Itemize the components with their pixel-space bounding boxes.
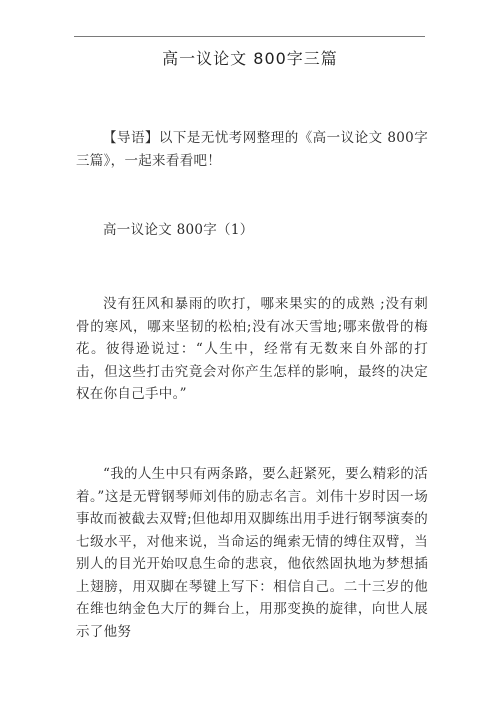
body-paragraph-2: “我的人生中只有两条路，要么赶紧死，要么精彩的活着。”这是无臂钢琴师刘伟的励志名…: [76, 463, 428, 643]
intro-paragraph: 【导语】以下是无忧考网整理的《高一议论文 800字三篇》，一起来看看吧！: [76, 127, 428, 172]
header-divider: [74, 36, 425, 37]
body-paragraph-1: 没有狂风和暴雨的吹打，哪来果实的的成熟 ;没有刺骨的寒风，哪来坚韧的松柏;没有冰…: [76, 293, 428, 406]
section-heading: 高一议论文 800字（1）: [76, 219, 428, 242]
document-title: 高一议论文 800字三篇: [0, 46, 500, 69]
